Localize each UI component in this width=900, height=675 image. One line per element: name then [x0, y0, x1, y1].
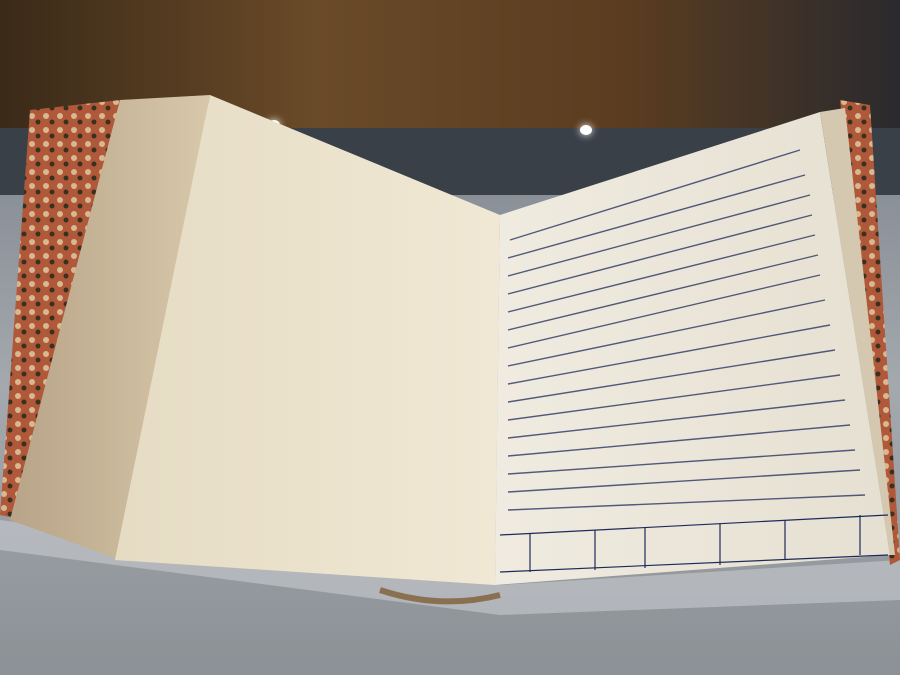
- open-book: [0, 0, 900, 675]
- museum-display-scene: [0, 0, 900, 675]
